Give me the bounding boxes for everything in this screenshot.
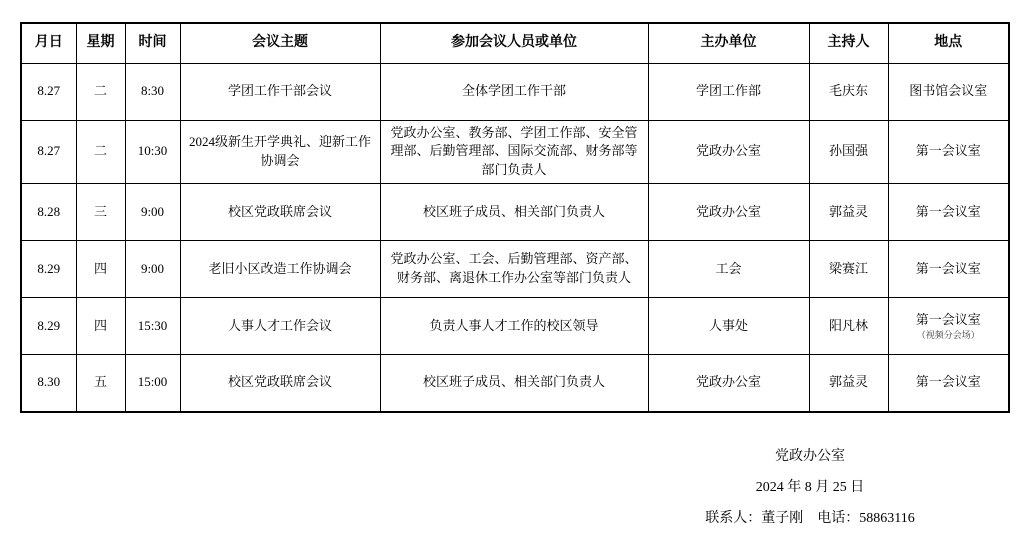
cell-topic: 2024级新生开学典礼、迎新工作协调会 xyxy=(180,120,380,184)
cell-weekday: 三 xyxy=(76,184,125,241)
cell-weekday: 五 xyxy=(76,355,125,412)
cell-participants: 负责人事人才工作的校区领导 xyxy=(380,298,648,355)
cell-time: 8:30 xyxy=(125,63,180,120)
cell-topic: 老旧小区改造工作协调会 xyxy=(180,241,380,298)
cell-topic: 人事人才工作会议 xyxy=(180,298,380,355)
header-time: 时间 xyxy=(125,23,180,63)
cell-topic: 学团工作干部会议 xyxy=(180,63,380,120)
table-row: 8.30 五 15:00 校区党政联席会议 校区班子成员、相关部门负责人 党政办… xyxy=(21,355,1009,412)
cell-weekday: 四 xyxy=(76,298,125,355)
meeting-schedule-page: 月日 星期 时间 会议主题 参加会议人员或单位 主办单位 主持人 地点 8.27… xyxy=(0,0,1029,527)
cell-time: 9:00 xyxy=(125,184,180,241)
header-host: 主持人 xyxy=(809,23,888,63)
cell-weekday: 二 xyxy=(76,63,125,120)
cell-organizer: 人事处 xyxy=(648,298,809,355)
table-row: 8.29 四 9:00 老旧小区改造工作协调会 党政办公室、工会、后勤管理部、资… xyxy=(21,241,1009,298)
footer-contact: 联系人：董子刚 电话：58863116 xyxy=(595,507,1025,527)
document-footer: 党政办公室 2024 年 8 月 25 日 联系人：董子刚 电话：5886311… xyxy=(595,445,1025,527)
footer-date: 2024 年 8 月 25 日 xyxy=(595,476,1025,496)
cell-organizer: 党政办公室 xyxy=(648,184,809,241)
cell-participants: 党政办公室、工会、后勤管理部、资产部、财务部、离退休工作办公室等部门负责人 xyxy=(380,241,648,298)
cell-date: 8.29 xyxy=(21,298,76,355)
header-row: 月日 星期 时间 会议主题 参加会议人员或单位 主办单位 主持人 地点 xyxy=(21,23,1009,63)
cell-organizer: 党政办公室 xyxy=(648,355,809,412)
cell-location: 第一会议室 xyxy=(888,184,1009,241)
cell-location: 图书馆会议室 xyxy=(888,63,1009,120)
cell-organizer: 学团工作部 xyxy=(648,63,809,120)
cell-host: 郭益灵 xyxy=(809,355,888,412)
header-location: 地点 xyxy=(888,23,1009,63)
cell-host: 阳凡林 xyxy=(809,298,888,355)
cell-topic: 校区党政联席会议 xyxy=(180,355,380,412)
cell-weekday: 二 xyxy=(76,120,125,184)
cell-time: 9:00 xyxy=(125,241,180,298)
cell-weekday: 四 xyxy=(76,241,125,298)
location-main: 第一会议室 xyxy=(916,261,981,276)
cell-time: 15:00 xyxy=(125,355,180,412)
table-row: 8.27 二 8:30 学团工作干部会议 全体学团工作干部 学团工作部 毛庆东 … xyxy=(21,63,1009,120)
cell-date: 8.29 xyxy=(21,241,76,298)
cell-participants: 校区班子成员、相关部门负责人 xyxy=(380,355,648,412)
cell-location: 第一会议室 xyxy=(888,241,1009,298)
location-main: 第一会议室 xyxy=(916,143,981,158)
header-organizer: 主办单位 xyxy=(648,23,809,63)
cell-date: 8.28 xyxy=(21,184,76,241)
cell-participants: 校区班子成员、相关部门负责人 xyxy=(380,184,648,241)
cell-host: 梁赛江 xyxy=(809,241,888,298)
cell-date: 8.30 xyxy=(21,355,76,412)
meeting-schedule-table: 月日 星期 时间 会议主题 参加会议人员或单位 主办单位 主持人 地点 8.27… xyxy=(20,22,1010,413)
cell-participants: 全体学团工作干部 xyxy=(380,63,648,120)
cell-topic: 校区党政联席会议 xyxy=(180,184,380,241)
cell-location: 第一会议室 xyxy=(888,120,1009,184)
cell-time: 10:30 xyxy=(125,120,180,184)
table-row: 8.29 四 15:30 人事人才工作会议 负责人事人才工作的校区领导 人事处 … xyxy=(21,298,1009,355)
header-participants: 参加会议人员或单位 xyxy=(380,23,648,63)
cell-location: 第一会议室（视频分会场） xyxy=(888,298,1009,355)
table-row: 8.27 二 10:30 2024级新生开学典礼、迎新工作协调会 党政办公室、教… xyxy=(21,120,1009,184)
location-note: （视频分会场） xyxy=(895,330,1003,341)
cell-organizer: 党政办公室 xyxy=(648,120,809,184)
cell-participants: 党政办公室、教务部、学团工作部、安全管理部、后勤管理部、国际交流部、财务部等部门… xyxy=(380,120,648,184)
header-topic: 会议主题 xyxy=(180,23,380,63)
header-weekday: 星期 xyxy=(76,23,125,63)
cell-time: 15:30 xyxy=(125,298,180,355)
location-main: 第一会议室 xyxy=(916,312,981,327)
cell-host: 郭益灵 xyxy=(809,184,888,241)
location-main: 第一会议室 xyxy=(916,374,981,389)
cell-organizer: 工会 xyxy=(648,241,809,298)
header-date: 月日 xyxy=(21,23,76,63)
cell-location: 第一会议室 xyxy=(888,355,1009,412)
cell-host: 孙国强 xyxy=(809,120,888,184)
cell-date: 8.27 xyxy=(21,63,76,120)
cell-host: 毛庆东 xyxy=(809,63,888,120)
location-main: 图书馆会议室 xyxy=(909,83,987,98)
cell-date: 8.27 xyxy=(21,120,76,184)
footer-signature: 党政办公室 xyxy=(595,445,1025,465)
location-main: 第一会议室 xyxy=(916,204,981,219)
table-row: 8.28 三 9:00 校区党政联席会议 校区班子成员、相关部门负责人 党政办公… xyxy=(21,184,1009,241)
